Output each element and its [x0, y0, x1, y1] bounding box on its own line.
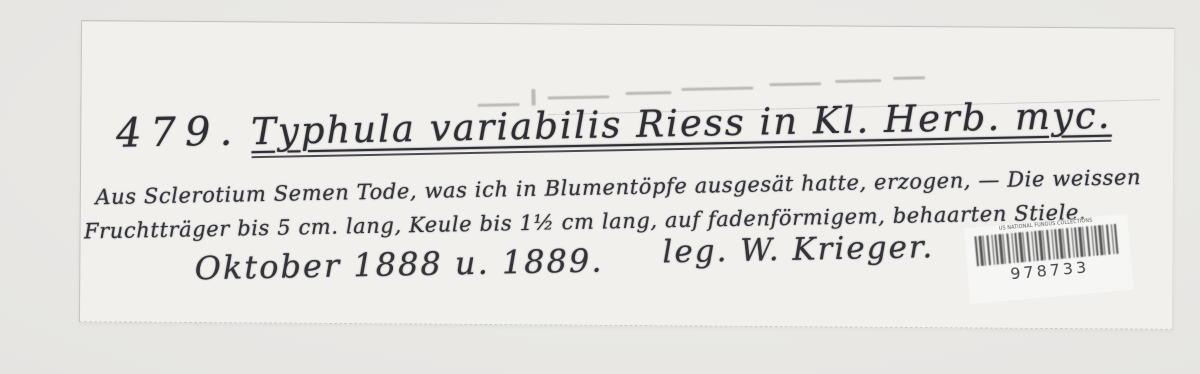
- collection-date: Oktober 1888 u. 1889.: [194, 241, 603, 287]
- faint-stroke: [625, 91, 671, 95]
- faint-stroke: [893, 76, 925, 80]
- faint-marks: [78, 15, 1170, 36]
- barcode-sticker: US NATIONAL FUNGUS COLLECTIONS 978733: [964, 214, 1134, 304]
- species-name-title: Typhula variabilis Riess in Kl. Herb. my…: [251, 94, 1112, 159]
- label-content: 479.Typhula variabilis Riess in Kl. Herb…: [78, 15, 1176, 336]
- faint-stroke: [547, 95, 609, 99]
- collector-signature: leg. W. Krieger.: [662, 229, 934, 270]
- collection-number: 479.: [116, 108, 242, 156]
- faint-stroke: [681, 87, 753, 91]
- specimen-label-paper: 479.Typhula variabilis Riess in Kl. Herb…: [79, 20, 1175, 330]
- faint-stroke: [835, 79, 881, 83]
- faint-stroke: [769, 82, 821, 86]
- scanned-herbarium-label: 479.Typhula variabilis Riess in Kl. Herb…: [0, 0, 1200, 374]
- description-line-2: Fruchtträger bis 5 cm. lang, Keule bis 1…: [84, 200, 1087, 243]
- title-row: 479.Typhula variabilis Riess in Kl. Herb…: [116, 92, 1112, 157]
